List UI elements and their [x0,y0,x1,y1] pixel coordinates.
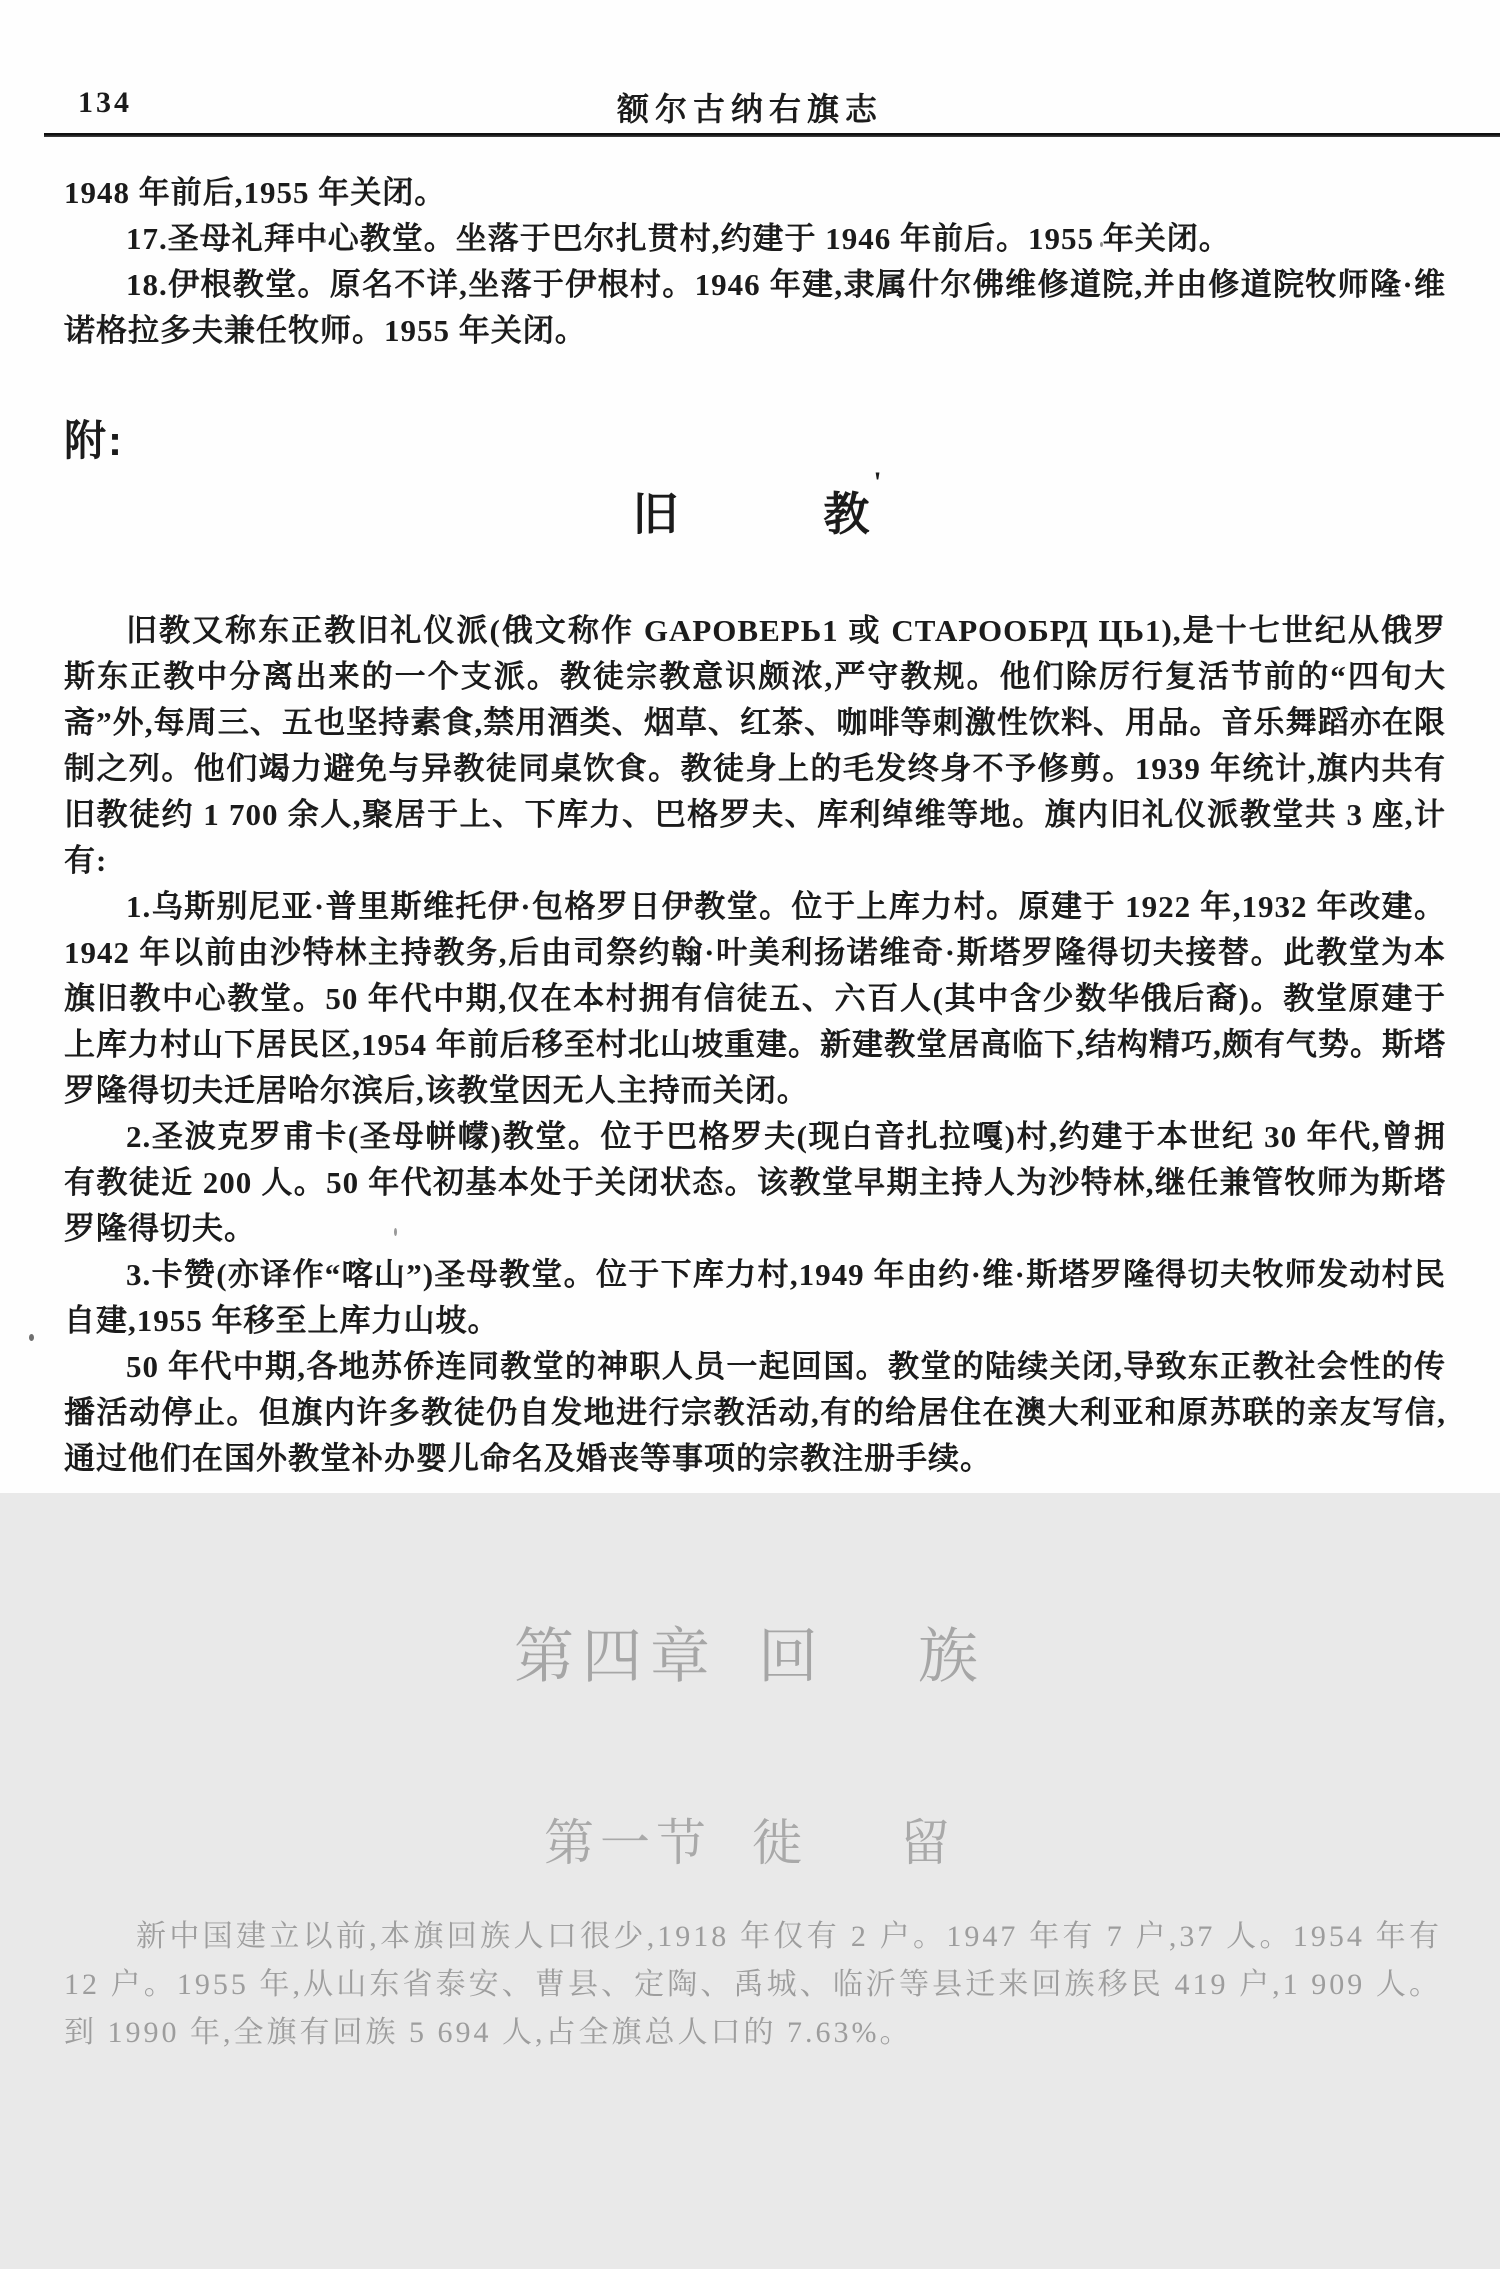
next-page-showthrough: 第四章回族 第一节徙留 新中国建立以前,本旗回族人口很少,1918 年仅有 2 … [0,1493,1500,2269]
appendix-label: 附: [64,408,1446,468]
section-heading: 第一节徙留 [0,1803,1500,1875]
running-title: 额尔古纳右旗志 [0,84,1500,130]
page-body: 1948 年前后,1955 年关闭。 17.圣母礼拜中心教堂。坐落于巴尔扎贯村,… [64,170,1446,1482]
scan-tick-mark: ' [873,466,881,499]
scan-speck [29,1334,34,1341]
paragraph-hui-population: 新中国建立以前,本旗回族人口很少,1918 年仅有 2 户。1947 年有 7 … [64,1913,1442,2057]
paragraph-church-item2: 2.圣波克罗甫卡(圣母帡幪)教堂。位于巴格罗夫(现白音扎拉嘎)村,约建于本世纪 … [64,1114,1446,1252]
chapter-label: 第四章 [514,1624,718,1690]
appendix-title-char-old: 旧 [632,489,678,540]
header-rule [44,133,1500,137]
paragraph-church-item1: 1.乌斯别尼亚·普里斯维托伊·包格罗日伊教堂。位于上库力村。原建于 1922 年… [64,884,1446,1114]
chapter-title-char2: 族 [918,1624,986,1690]
paragraph-church17: 17.圣母礼拜中心教堂。坐落于巴尔扎贯村,约建于 1946 年前后。1955 年… [64,216,1446,262]
chapter-title-char1: 回 [758,1624,826,1690]
section-label: 第一节 [544,1815,712,1871]
paragraph-church18: 18.伊根教堂。原名不详,坐落于伊根村。1946 年建,隶属什尔佛维修道院,并由… [64,262,1446,354]
paragraph-church-item3: 3.卡赞(亦译作“喀山”)圣母教堂。位于下库力村,1949 年由约·维·斯塔罗隆… [64,1252,1446,1344]
paragraph-oldbelievers-intro: 旧教又称东正教旧礼仪派(俄文称作 GAPOBEPЬ1 或 СТАРООБРД Ц… [64,608,1446,884]
section-title-char1: 徙 [752,1815,808,1871]
chapter-heading: 第四章回族 [0,1609,1500,1695]
paragraph-church16-continuation: 1948 年前后,1955 年关闭。 [64,170,1446,216]
section-title-char2: 留 [900,1815,956,1871]
appendix-title-char-religion: 教 [823,489,869,540]
appendix-title: 旧教' [64,478,1446,544]
paragraph-oldbelievers-closing: 50 年代中期,各地苏侨连同教堂的神职人员一起回国。教堂的陆续关闭,导致东正教社… [64,1344,1446,1482]
scanned-book-page: 134 额尔古纳右旗志 1948 年前后,1955 年关闭。 17.圣母礼拜中心… [0,0,1500,2269]
